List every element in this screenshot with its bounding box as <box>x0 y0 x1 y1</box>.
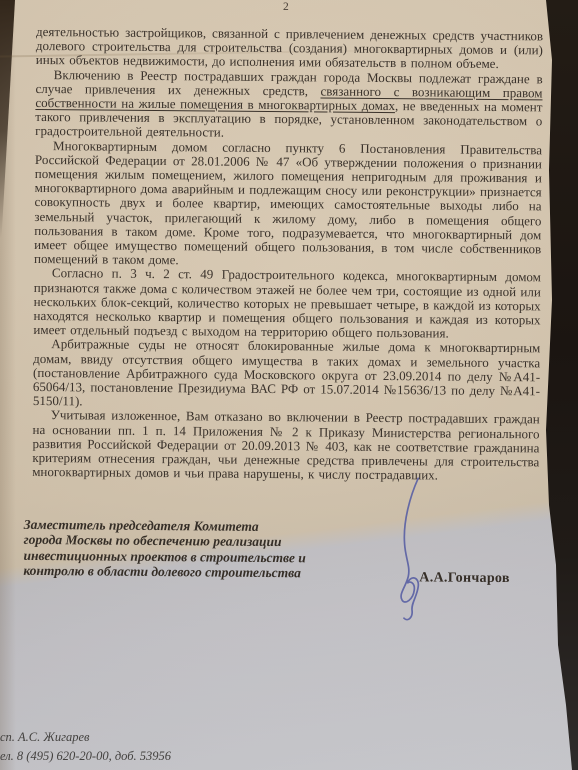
executor-name: сп. А.С. Жигарев <box>0 728 171 747</box>
paragraph-refusal-decision: Учитывая изложенное, Вам отказано во вкл… <box>32 408 540 483</box>
page-content-layer: деятельностью застройщиков, связанной с … <box>0 0 578 770</box>
paragraph-town-planning-code: Согласно п. 3 ч. 2 ст. 49 Градостроитель… <box>33 266 541 341</box>
signer-name: А.А.Гончаров <box>419 570 510 587</box>
signer-title-line: контролю в области долевого строительств… <box>23 563 373 581</box>
executor-phone: ел. 8 (495) 620-20-00, доб. 53956 <box>0 747 171 766</box>
paragraph-inclusion-rule: Включению в Реестр пострадавших граждан … <box>35 68 543 143</box>
signature-title-block: Заместитель председателя Комитета города… <box>23 517 374 582</box>
paragraph-arbitration-courts: Арбитражные суды не относят блокированны… <box>33 337 541 412</box>
handwritten-signature-icon <box>391 475 440 627</box>
paragraph-continuation: деятельностью застройщиков, связанной с … <box>36 25 543 72</box>
executor-footer: сп. А.С. Жигарев ел. 8 (495) 620-20-00, … <box>0 728 171 765</box>
paragraph-apartment-house-definition: Многоквартирным домом согласно пункту 6 … <box>34 139 542 271</box>
document-photo: 2 деятельностью застройщиков, связанной … <box>0 0 578 770</box>
letter-body: деятельностью застройщиков, связанной с … <box>32 25 543 484</box>
